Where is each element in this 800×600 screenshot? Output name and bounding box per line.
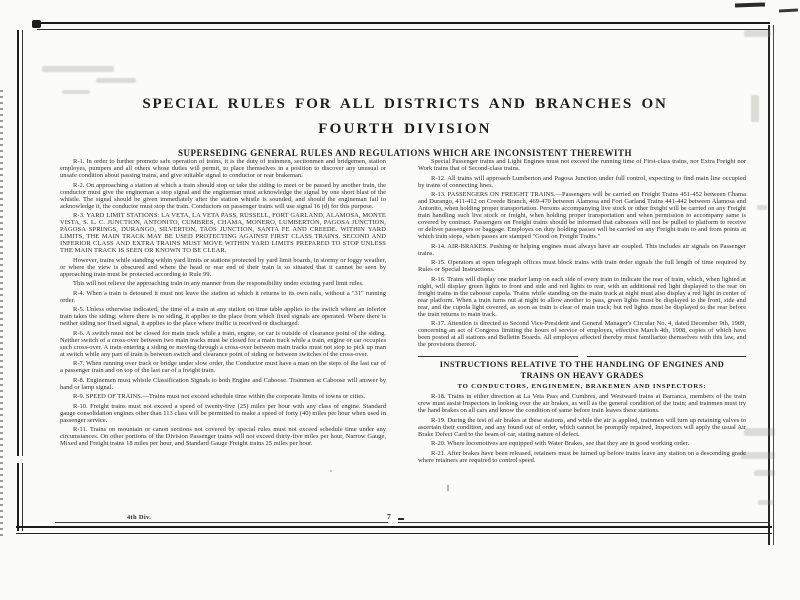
scan-smudge [96, 78, 136, 83]
rule-r18: R-18. Trains in either direction at La V… [418, 393, 746, 414]
rule-r5: R-5. Unless otherwise indicated, the tim… [60, 306, 386, 327]
footer-rule-right [398, 522, 770, 523]
rule-r11: R-11. Trains on mountain or canon sectio… [60, 426, 386, 447]
rule-r2: R-2. On approaching a station at which a… [60, 182, 386, 210]
page-subtitle: SUPERSEDING GENERAL RULES AND REGULATION… [40, 148, 770, 158]
scan-speck [447, 485, 449, 491]
scan-smudge [757, 205, 767, 210]
page-title-line2: FOURTH DIVISION [40, 121, 770, 138]
right-column: Special Passenger trains and Light Engin… [418, 158, 746, 466]
rule-r12: R-12. All trains will approach Lumberton… [418, 175, 746, 189]
rule-r1: R-1. In order to further promote safe op… [60, 158, 386, 179]
rule-continuation: Special Passenger trains and Light Engin… [418, 158, 746, 172]
rule-r3: R-3. YARD LIMIT STATIONS: LA VETA, LA VE… [60, 212, 386, 254]
scan-smudge [744, 428, 775, 436]
footer-division-label: 4th Div. [127, 514, 151, 521]
scan-smudge [758, 500, 773, 505]
footer-page-dash [398, 518, 404, 520]
scan-smudge [754, 470, 775, 476]
scan-smudge [741, 452, 775, 459]
instructions-subheading: TO CONDUCTORS, ENGINEMEN, BRAKEMEN AND I… [418, 383, 746, 390]
scan-mark [735, 2, 765, 7]
rule-r8: R-8. Enginemen must whistle Classificati… [60, 377, 386, 391]
rule-r19: R-19. During the test of air brakes at t… [418, 417, 746, 438]
footer-rule-left [55, 522, 388, 523]
page-left-border-lower [17, 463, 23, 531]
rule-r3-continuation-1: However, trains while standing within ya… [60, 257, 386, 278]
rule-r13: R-13. PASSENGERS ON FREIGHT TRAINS.—Pass… [418, 191, 746, 240]
scan-smudge [62, 90, 90, 94]
rule-r14: R-14. AIR-BRAKES. Pushing or helping eng… [418, 243, 746, 257]
section-divider [418, 356, 746, 357]
rule-r9: R-9. SPEED OF TRAINS.—Trains must not ex… [60, 393, 386, 400]
scan-smudge [744, 30, 771, 37]
rule-r3-continuation-2: This will not relieve the approaching tr… [60, 280, 386, 287]
title-block: SPECIAL RULES FOR ALL DISTRICTS AND BRAN… [40, 96, 770, 158]
page-left-border [17, 30, 23, 456]
rule-r4: R-4. When a train is detoured it must no… [60, 290, 386, 304]
rules-body: R-1. In order to further promote safe op… [60, 158, 746, 466]
instructions-heading: INSTRUCTIONS RELATIVE TO THE HANDLING OF… [422, 360, 742, 381]
page-title-line1: SPECIAL RULES FOR ALL DISTRICTS AND BRAN… [40, 96, 770, 113]
rule-r17: R-17. Attention is directed to Second Vi… [418, 320, 746, 348]
rule-r21: R-21. After brakes have been released, r… [418, 450, 746, 464]
scan-smudge [42, 66, 114, 72]
rule-r20: R-20. Where locomotives are equipped wit… [418, 440, 746, 447]
scan-mark [779, 9, 798, 13]
footer-page-number: 7 [387, 512, 391, 521]
instructions-section: INSTRUCTIONS RELATIVE TO THE HANDLING OF… [418, 356, 746, 464]
left-column: R-1. In order to further promote safe op… [60, 158, 386, 466]
rule-r6: R-6. A switch must not be closed for mai… [60, 330, 386, 358]
scan-edge-artifact [0, 90, 3, 540]
rule-r16: R-16. Trains will display one marker lam… [418, 276, 746, 318]
rule-r7: R-7. When running over track or bridge u… [60, 360, 386, 374]
scan-speck [330, 470, 332, 472]
page-bottom-border [16, 526, 772, 534]
page-top-border [37, 22, 770, 30]
ink-blot [32, 20, 41, 28]
rule-r15: R-15. Operators at open telegraph office… [418, 259, 746, 273]
rule-r10: R-10. Freight trains must not exceed a s… [60, 403, 386, 424]
